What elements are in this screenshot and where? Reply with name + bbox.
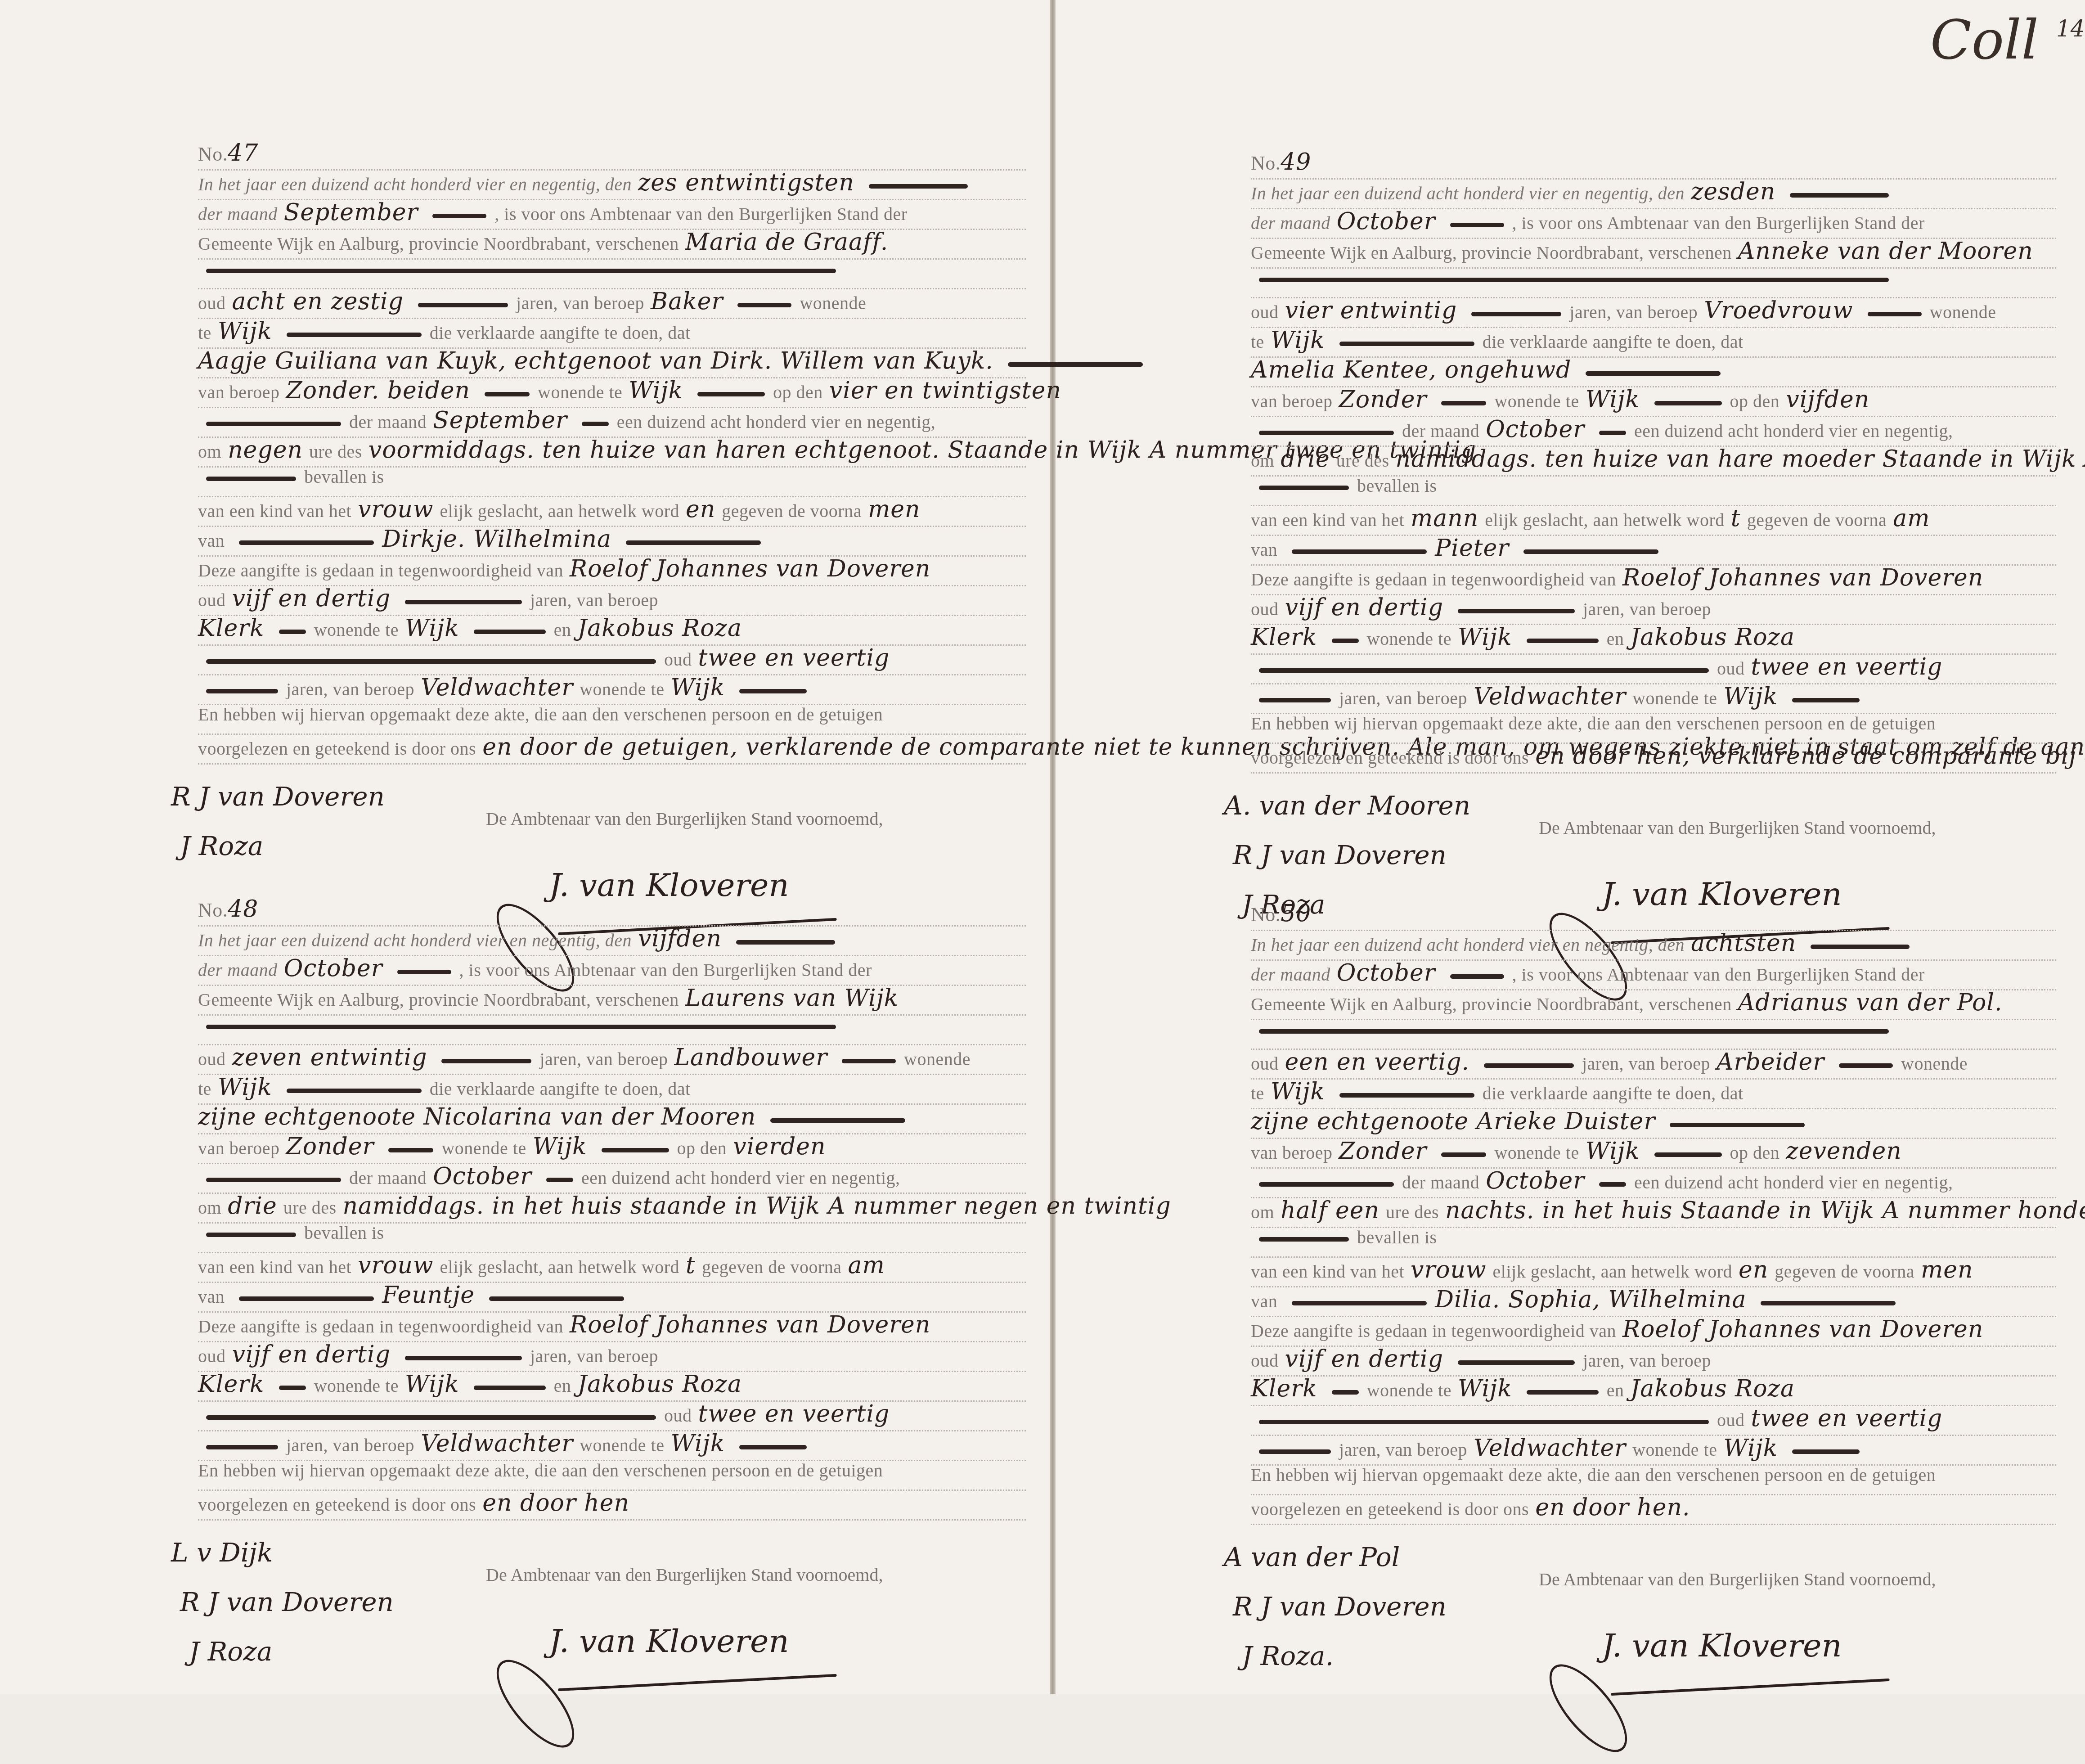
- fill-stroke: [474, 1386, 546, 1390]
- printed-text: oud: [1717, 1410, 1745, 1430]
- fill-stroke: [1259, 278, 1889, 282]
- act-line: oudacht en zestigjaren, van beroepBakerw…: [198, 288, 1026, 319]
- printed-text: jaren, van beroep: [516, 293, 644, 313]
- printed-text: oud: [1251, 1053, 1279, 1074]
- printed-text: van een kind van het: [198, 1257, 351, 1277]
- handwritten-entry: twee en veertig: [698, 1400, 890, 1427]
- printed-text: Deze aangifte is gedaan in tegenwoordigh…: [1251, 569, 1616, 589]
- printed-text: oud: [664, 649, 692, 670]
- handwritten-entry: vrouw: [358, 496, 434, 523]
- fill-stroke: [1761, 1301, 1896, 1305]
- printed-text: van een kind van het: [198, 501, 351, 521]
- printed-text: , is voor ons Ambtenaar van den Burgerli…: [459, 960, 872, 980]
- handwritten-entry: en door hen.: [1535, 1494, 1690, 1521]
- handwritten-entry: Roelof Johannes van Doveren: [570, 1311, 930, 1338]
- handwritten-entry: acht en zestig: [232, 288, 404, 315]
- act-line: omhalf eenure desnachts. in het huis Sta…: [1251, 1197, 2056, 1228]
- handwritten-entry: zijne echtgenoote Arieke Duister: [1251, 1108, 1655, 1135]
- act-line: van beroepZonderwonende teWijkop denzeve…: [1251, 1138, 2056, 1169]
- handwritten-entry: achtsten: [1691, 930, 1796, 957]
- fill-stroke: [405, 600, 522, 604]
- handwritten-entry: Roelof Johannes van Doveren: [1622, 564, 1983, 591]
- act-line: oudvijf en dertigjaren, van beroep: [1251, 594, 2056, 625]
- handwritten-entry: 49: [1281, 148, 1311, 175]
- printed-text: om: [198, 1197, 221, 1218]
- handwritten-entry: Roelof Johannes van Doveren: [1622, 1316, 1983, 1343]
- witness-signature: R J van Doveren: [1233, 840, 1447, 870]
- handwritten-entry: Jakobus Roza: [577, 615, 742, 642]
- act-line: zijne echtgenoote Nicolarina van der Moo…: [198, 1103, 1026, 1134]
- printed-text: der maand: [1251, 213, 1330, 233]
- fill-stroke: [1458, 1360, 1575, 1365]
- handwritten-entry: men: [1921, 1256, 1973, 1283]
- act-line: oudtwee en veertig: [1251, 653, 2056, 684]
- act-line: [1251, 1019, 2056, 1050]
- handwritten-entry: Adrianus van der Pol.: [1738, 989, 2003, 1016]
- witness-signature: J Roza: [180, 831, 263, 861]
- printed-text: ure des: [1336, 450, 1389, 471]
- fill-stroke: [206, 1178, 341, 1182]
- handwritten-entry: October: [284, 955, 383, 982]
- printed-text: van een kind van het: [1251, 510, 1404, 530]
- fill-stroke: [1259, 1237, 1349, 1242]
- printed-text: jaren, van beroep: [530, 590, 658, 610]
- printed-text: oud: [198, 590, 226, 610]
- handwritten-entry: Wijk: [670, 674, 725, 701]
- fill-stroke: [737, 303, 791, 307]
- fill-stroke: [1441, 401, 1486, 405]
- handwritten-entry: vier entwintig: [1285, 297, 1457, 324]
- printed-text: wonende te: [580, 1435, 664, 1455]
- handwritten-entry: vijf en dertig: [1285, 594, 1443, 621]
- printed-text: gegeven de voorna: [722, 501, 862, 521]
- fill-stroke: [1599, 431, 1626, 435]
- printed-text: bevallen is: [1357, 1227, 1437, 1247]
- handwritten-entry: Arbeider: [1717, 1048, 1824, 1075]
- handwritten-entry: vierden: [733, 1133, 826, 1160]
- witness-signature: L v Dijk: [171, 1537, 273, 1568]
- printed-text: op den: [1730, 1143, 1780, 1163]
- printed-text: een duizend acht honderd vier en negenti…: [1634, 1172, 1953, 1192]
- act-line: van een kind van hetvrouwelijk geslacht,…: [198, 1252, 1026, 1283]
- act-line: der maandSeptembereen duizend acht honde…: [198, 407, 1026, 438]
- printed-text: voorgelezen en geteekend is door ons: [1251, 747, 1529, 768]
- printed-text: wonende te: [1367, 629, 1451, 649]
- fill-stroke: [1654, 1152, 1722, 1157]
- fill-stroke: [1792, 698, 1860, 702]
- act-line: omdrieure desnamiddags. ten huize van ha…: [1251, 445, 2056, 477]
- act-line: En hebben wij hiervan opgemaakt deze akt…: [198, 1460, 1026, 1491]
- act-line: In het jaar een duizend acht honderd vie…: [1251, 930, 2056, 961]
- act-line: teWijkdie verklaarde aangifte te doen, d…: [1251, 327, 2056, 358]
- handwritten-entry: Wijk: [1723, 683, 1778, 710]
- handwritten-entry: twee en veertig: [1751, 1405, 1943, 1432]
- fill-stroke: [441, 1059, 531, 1063]
- fill-stroke: [206, 1233, 296, 1237]
- handwritten-entry: Wijk: [1586, 1138, 1640, 1165]
- fill-stroke: [279, 630, 306, 634]
- printed-text: jaren, van beroep: [286, 1435, 414, 1455]
- fill-stroke: [1259, 1029, 1889, 1034]
- act-line: voorgelezen en geteekend is door onsen d…: [1251, 742, 2056, 774]
- act-line: vanFeuntje: [198, 1282, 1026, 1313]
- fill-stroke: [1868, 312, 1922, 316]
- act-line: bevallen is: [1251, 475, 2056, 506]
- printed-text: die verklaarde aangifte te doen, dat: [1483, 1083, 1743, 1103]
- act-line: vanDirkje. Wilhelmina: [198, 526, 1026, 557]
- witness-signature: A. van der Mooren: [1224, 790, 1470, 821]
- printed-text: oud: [1717, 658, 1745, 679]
- printed-text: oud: [198, 1049, 226, 1069]
- printed-text: en: [554, 620, 571, 640]
- fill-stroke: [206, 659, 656, 664]
- printed-text: voorgelezen en geteekend is door ons: [198, 738, 476, 759]
- act-line: van een kind van hetvrouwelijk geslacht,…: [198, 496, 1026, 527]
- fill-stroke: [1259, 698, 1331, 702]
- fill-stroke: [206, 1445, 278, 1449]
- printed-text: jaren, van beroep: [1583, 1350, 1711, 1371]
- witness-signature: R J van Doveren: [171, 781, 385, 812]
- handwritten-entry: Zonder. beiden: [286, 377, 470, 404]
- printed-text: op den: [773, 382, 823, 402]
- printed-text: wonende te: [314, 1376, 399, 1396]
- printed-text: wonende te: [314, 620, 399, 640]
- fill-stroke: [1811, 945, 1910, 949]
- fill-stroke: [1450, 223, 1504, 227]
- fill-stroke: [1259, 1449, 1331, 1454]
- printed-text: wonende te: [538, 382, 622, 402]
- handwritten-entry: Vroedvrouw: [1704, 297, 1853, 324]
- printed-text: die verklaarde aangifte te doen, dat: [430, 323, 691, 343]
- printed-text: wonende: [904, 1049, 971, 1069]
- handwritten-entry: Landbouwer: [674, 1044, 827, 1071]
- handwritten-entry: Wijk: [670, 1430, 725, 1457]
- printed-text: wonende: [800, 293, 866, 313]
- fill-stroke: [626, 540, 761, 545]
- act-line: der maandOctober, is voor ons Ambtenaar …: [1251, 208, 2056, 239]
- fill-stroke: [1332, 1390, 1359, 1395]
- page-number: 14: [2056, 16, 2085, 42]
- handwritten-entry: Zonder: [286, 1133, 374, 1160]
- printed-text: van: [198, 1287, 225, 1307]
- fill-stroke: [1790, 193, 1889, 198]
- handwritten-entry: Wijk: [1458, 1375, 1512, 1402]
- act-line: der maandSeptember, is voor ons Ambtenaa…: [198, 199, 1026, 230]
- printed-text: En hebben wij hiervan opgemaakt deze akt…: [198, 1460, 883, 1480]
- act-line: bevallen is: [198, 1222, 1026, 1253]
- printed-text: der maand: [1402, 421, 1479, 441]
- printed-text: Gemeente Wijk en Aalburg, provincie Noor…: [198, 990, 679, 1010]
- printed-text: gegeven de voorna: [702, 1257, 842, 1277]
- fill-stroke: [1332, 639, 1359, 643]
- handwritten-entry: een en veertig.: [1285, 1048, 1469, 1075]
- printed-text: en: [554, 1376, 571, 1396]
- act-line: [198, 1014, 1026, 1045]
- handwritten-entry: Wijk: [1271, 1078, 1325, 1105]
- handwritten-entry: vrouw: [1411, 1256, 1487, 1283]
- printed-text: wonende te: [1494, 391, 1579, 411]
- act-line: van een kind van hetmannelijk geslacht, …: [1251, 505, 2056, 536]
- printed-text: te: [198, 1079, 211, 1099]
- printed-text: te: [1251, 332, 1264, 352]
- printed-text: voorgelezen en geteekend is door ons: [198, 1494, 476, 1515]
- printed-text: , is voor ons Ambtenaar van den Burgerli…: [1512, 964, 1925, 985]
- printed-text: en: [1607, 1380, 1624, 1400]
- fill-stroke: [1527, 639, 1599, 643]
- printed-text: van: [198, 531, 225, 551]
- handwritten-entry: Veldwachter: [421, 1430, 573, 1457]
- handwritten-entry: Wijk: [1271, 327, 1325, 354]
- ambtenaar-voornoemd: De Ambtenaar van den Burgerlijken Stand …: [1539, 817, 1936, 838]
- printed-text: een duizend acht honderd vier en negenti…: [1634, 421, 1953, 441]
- handwritten-entry: Klerk: [198, 1371, 265, 1398]
- act-line: [198, 258, 1026, 289]
- printed-text: jaren, van beroep: [1339, 1440, 1467, 1460]
- handwritten-entry: Amelia Kentee, ongehuwd: [1251, 356, 1571, 383]
- printed-text: oud: [1251, 302, 1279, 322]
- handwritten-entry: drie: [228, 1192, 277, 1219]
- witness-signature: R J van Doveren: [1233, 1591, 1447, 1622]
- register-spread: Coll 14 No.47In het jaar een duizend ach…: [0, 0, 2085, 1694]
- fill-stroke: [739, 1445, 807, 1449]
- handwritten-entry: October: [1337, 959, 1436, 986]
- printed-text: In het jaar een duizend acht honderd vie…: [1251, 935, 1685, 955]
- handwritten-entry: October: [1486, 416, 1585, 443]
- fill-stroke: [1450, 974, 1504, 979]
- fill-stroke: [842, 1059, 896, 1063]
- act-line: Deze aangifte is gedaan in tegenwoordigh…: [198, 555, 1026, 586]
- act-line: Klerkwonende teWijkenJakobus Roza: [1251, 1375, 2056, 1406]
- act-line: van een kind van hetvrouwelijk geslacht,…: [1251, 1256, 2056, 1287]
- act-line: voorgelezen en geteekend is door onsen d…: [198, 733, 1026, 765]
- fill-stroke: [239, 540, 374, 545]
- act-line: oudeen en veertig.jaren, van beroepArbei…: [1251, 1048, 2056, 1080]
- printed-text: wonende te: [441, 1138, 526, 1158]
- handwritten-entry: Wijk: [218, 318, 272, 345]
- act-line: Deze aangifte is gedaan in tegenwoordigh…: [1251, 1316, 2056, 1347]
- act-number-label: No.: [198, 899, 228, 921]
- fill-stroke: [206, 689, 278, 693]
- fill-stroke: [206, 477, 296, 481]
- handwritten-entry: October: [1486, 1167, 1585, 1194]
- printed-text: van beroep: [198, 1138, 280, 1158]
- handwritten-entry: Anneke van der Mooren: [1738, 238, 2033, 265]
- printed-text: op den: [1730, 391, 1780, 411]
- handwritten-entry: vijf en dertig: [232, 1341, 391, 1368]
- ambtenaar-voornoemd: De Ambtenaar van den Burgerlijken Stand …: [486, 1564, 883, 1585]
- act-line: bevallen is: [1251, 1227, 2056, 1258]
- printed-text: elijk geslacht, aan hetwelk word: [1485, 510, 1724, 530]
- fill-stroke: [1471, 312, 1561, 316]
- act-line: No.47: [198, 139, 1026, 171]
- witness-signature: J Roza.: [1242, 1641, 1334, 1671]
- printed-text: om: [1251, 450, 1274, 471]
- act-line: In het jaar een duizend acht honderd vie…: [198, 169, 1026, 200]
- act-line: omdrieure desnamiddags. in het huis staa…: [198, 1192, 1026, 1224]
- fill-stroke: [418, 303, 508, 307]
- witness-signature: R J van Doveren: [180, 1587, 394, 1617]
- act-number-label: No.: [198, 143, 228, 165]
- printed-text: In het jaar een duizend acht honderd vie…: [1251, 183, 1685, 203]
- printed-text: , is voor ons Ambtenaar van den Burgerli…: [494, 204, 907, 224]
- printed-text: een duizend acht honderd vier en negenti…: [617, 412, 936, 432]
- act-line: teWijkdie verklaarde aangifte te doen, d…: [198, 1074, 1026, 1105]
- official-signature: J. van Kloveren: [549, 1623, 789, 1660]
- handwritten-entry: mann: [1411, 505, 1478, 532]
- printed-text: op den: [677, 1138, 727, 1158]
- handwritten-entry: Wijk: [405, 615, 459, 642]
- fill-stroke: [1523, 549, 1658, 554]
- printed-text: der maand: [198, 960, 278, 980]
- handwritten-entry: drie: [1281, 445, 1330, 472]
- fill-stroke: [582, 422, 609, 426]
- printed-text: In het jaar een duizend acht honderd vie…: [198, 930, 632, 950]
- act-line: oudtwee en veertig: [198, 644, 1026, 675]
- act-line: teWijkdie verklaarde aangifte te doen, d…: [198, 318, 1026, 349]
- handwritten-entry: namiddags. ten huize van hare moeder Sta…: [1396, 445, 2085, 472]
- handwritten-entry: Wijk: [218, 1074, 272, 1101]
- handwritten-entry: vijf en dertig: [232, 585, 391, 612]
- fill-stroke: [1484, 1063, 1574, 1068]
- act-number-label: No.: [1251, 152, 1281, 174]
- fill-stroke: [432, 214, 486, 218]
- printed-text: die verklaarde aangifte te doen, dat: [430, 1079, 691, 1099]
- handwritten-entry: Maria de Graaff.: [685, 229, 888, 256]
- handwritten-entry: vijf en dertig: [1285, 1345, 1443, 1372]
- handwritten-entry: Wijk: [1723, 1435, 1778, 1462]
- handwritten-entry: zes entwintigsten: [638, 169, 854, 196]
- act-line: Aagje Guiliana van Kuyk, echtgenoot van …: [198, 347, 1026, 378]
- printed-text: Gemeente Wijk en Aalburg, provincie Noor…: [1251, 243, 1732, 263]
- handwritten-entry: Dilia. Sophia, Wilhelmina: [1435, 1286, 1746, 1313]
- printed-text: ure des: [283, 1197, 337, 1218]
- fill-stroke: [736, 940, 835, 945]
- printed-text: te: [198, 323, 211, 343]
- act-line: van beroepZonder. beidenwonende teWijkop…: [198, 377, 1026, 408]
- printed-text: bevallen is: [304, 467, 384, 487]
- printed-text: der maand: [349, 412, 427, 432]
- act-line: voorgelezen en geteekend is door onsen d…: [1251, 1494, 2056, 1525]
- act-line: Amelia Kentee, ongehuwd: [1251, 356, 2056, 387]
- act-line: der maandOctober, is voor ons Ambtenaar …: [198, 955, 1026, 986]
- handwritten-entry: Jakobus Roza: [1630, 624, 1795, 651]
- act-line: voorgelezen en geteekend is door onsen d…: [198, 1489, 1026, 1521]
- handwritten-entry: vier en twintigsten: [829, 377, 1061, 404]
- printed-text: wonende: [1901, 1053, 1968, 1074]
- handwritten-entry: September: [284, 199, 418, 226]
- corner-initials: Coll: [1930, 9, 2039, 72]
- printed-text: om: [198, 441, 221, 462]
- printed-text: van een kind van het: [1251, 1261, 1404, 1282]
- act-line: oudvijf en dertigjaren, van beroep: [198, 1341, 1026, 1372]
- printed-text: der maand: [198, 204, 278, 224]
- handwritten-entry: Dirkje. Wilhelmina: [382, 526, 611, 553]
- act-line: No.49: [1251, 148, 2056, 180]
- act-line: Gemeente Wijk en Aalburg, provincie Noor…: [198, 985, 1026, 1016]
- handwritten-entry: zevenden: [1786, 1138, 1901, 1165]
- fill-stroke: [1259, 486, 1349, 490]
- fill-stroke: [1339, 342, 1474, 346]
- handwritten-entry: t: [1731, 505, 1741, 532]
- act-line: oudtwee en veertig: [1251, 1405, 2056, 1436]
- fill-stroke: [546, 1178, 573, 1182]
- act-line: oudvijf en dertigjaren, van beroep: [1251, 1345, 2056, 1377]
- handwritten-entry: twee en veertig: [698, 644, 890, 671]
- printed-text: Deze aangifte is gedaan in tegenwoordigh…: [198, 560, 563, 580]
- printed-text: jaren, van beroep: [1583, 599, 1711, 619]
- act-line: der maandOctober, is voor ons Ambtenaar …: [1251, 959, 2056, 990]
- fill-stroke: [1259, 1182, 1394, 1187]
- fill-stroke: [206, 1025, 836, 1029]
- handwritten-entry: 47: [228, 139, 258, 166]
- act-line: vanDilia. Sophia, Wilhelmina: [1251, 1286, 2056, 1317]
- printed-text: ure des: [1386, 1202, 1439, 1222]
- printed-text: jaren, van beroep: [1339, 688, 1467, 708]
- act-line: der maandOctobereen duizend acht honderd…: [1251, 416, 2056, 447]
- handwritten-entry: Klerk: [1251, 624, 1317, 651]
- act-line: jaren, van beroepVeldwachterwonende teWi…: [198, 674, 1026, 705]
- handwritten-entry: Veldwachter: [421, 674, 573, 701]
- handwritten-entry: en door hen: [482, 1489, 629, 1516]
- handwritten-entry: Klerk: [198, 615, 265, 642]
- handwritten-entry: Veldwachter: [1474, 683, 1626, 710]
- act-line: der maandOctobereen duizend acht honderd…: [198, 1163, 1026, 1194]
- fill-stroke: [287, 1089, 422, 1093]
- fill-stroke: [485, 392, 530, 396]
- handwritten-entry: vijfden: [1786, 386, 1869, 413]
- handwritten-entry: Wijk: [1458, 624, 1512, 651]
- printed-text: bevallen is: [304, 1223, 384, 1243]
- act-line: omnegenure desvoormiddags. ten huize van…: [198, 436, 1026, 468]
- printed-text: Deze aangifte is gedaan in tegenwoordigh…: [198, 1316, 563, 1336]
- printed-text: Gemeente Wijk en Aalburg, provincie Noor…: [1251, 994, 1732, 1014]
- printed-text: bevallen is: [1357, 476, 1437, 496]
- fill-stroke: [1008, 362, 1143, 367]
- printed-text: elijk geslacht, aan hetwelk word: [440, 1257, 679, 1277]
- handwritten-entry: Pieter: [1435, 535, 1509, 562]
- act-number-label: No.: [1251, 904, 1281, 926]
- act-line: vanPieter: [1251, 535, 2056, 566]
- printed-text: en: [1607, 629, 1624, 649]
- book-gutter: [1050, 0, 1056, 1694]
- handwritten-entry: am: [848, 1252, 885, 1279]
- printed-text: wonende te: [1632, 1440, 1717, 1460]
- printed-text: voorgelezen en geteekend is door ons: [1251, 1499, 1529, 1519]
- handwritten-entry: Feuntje: [382, 1282, 475, 1309]
- handwritten-entry: October: [433, 1163, 532, 1190]
- handwritten-entry: zesden: [1691, 178, 1775, 205]
- fill-stroke: [1441, 1152, 1486, 1157]
- act-line: oudzeven entwintigjaren, van beroepLandb…: [198, 1044, 1026, 1075]
- act-line: En hebben wij hiervan opgemaakt deze akt…: [1251, 1464, 2056, 1495]
- handwritten-entry: negen: [228, 436, 303, 463]
- fill-stroke: [388, 1148, 433, 1152]
- printed-text: jaren, van beroep: [286, 679, 414, 699]
- fill-stroke: [1458, 609, 1575, 613]
- handwritten-entry: Roelof Johannes van Doveren: [570, 555, 930, 582]
- handwritten-entry: Wijk: [533, 1133, 587, 1160]
- handwritten-entry: Aagje Guiliana van Kuyk, echtgenoot van …: [198, 347, 993, 374]
- handwritten-entry: men: [868, 496, 921, 523]
- fill-stroke: [1259, 431, 1394, 435]
- printed-text: jaren, van beroep: [1569, 302, 1698, 322]
- fill-stroke: [1586, 371, 1721, 376]
- fill-stroke: [1839, 1063, 1893, 1068]
- act-line: oudtwee en veertig: [198, 1400, 1026, 1431]
- act-line: En hebben wij hiervan opgemaakt deze akt…: [1251, 713, 2056, 744]
- printed-text: En hebben wij hiervan opgemaakt deze akt…: [1251, 1465, 1936, 1485]
- fill-stroke: [206, 422, 341, 426]
